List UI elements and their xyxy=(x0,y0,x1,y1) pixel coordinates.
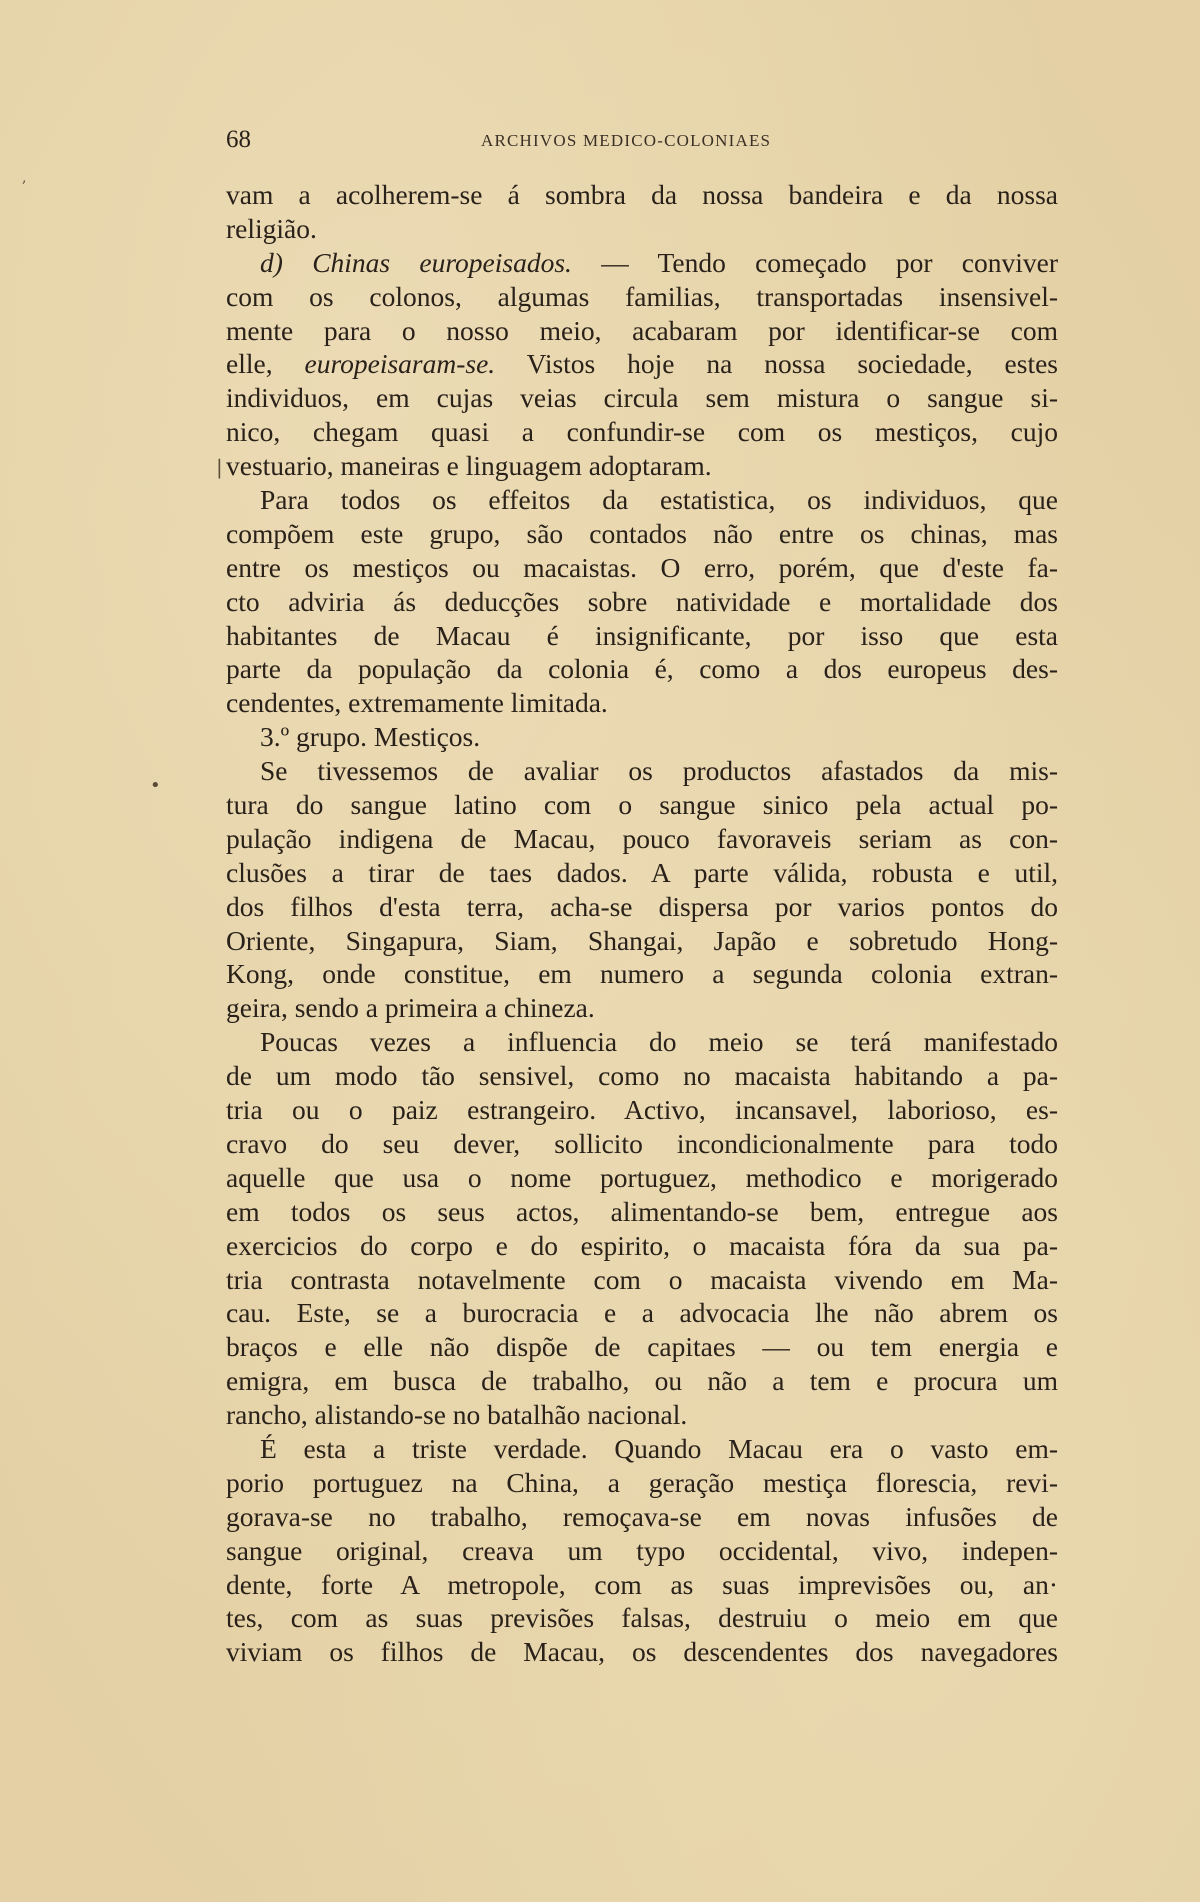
text-line: sangue original, creava um typo occident… xyxy=(226,1534,1058,1568)
text-line: tura do sangue latino com o sangue sinic… xyxy=(226,788,1058,822)
text-segment: rancho, alistando-se no batalhão naciona… xyxy=(226,1399,687,1430)
text-segment: parte da população da colonia é, como a … xyxy=(226,653,1058,684)
text-segment: 3.º grupo. Mestiços. xyxy=(260,721,480,752)
text-segment: braços e elle não dispõe de capitaes — o… xyxy=(226,1331,1058,1362)
text-line: Kong, onde constitue, em numero a segund… xyxy=(226,957,1058,991)
text-line: rancho, alistando-se no batalhão naciona… xyxy=(226,1398,1058,1432)
text-segment: cendentes, extremamente limitada. xyxy=(226,687,608,718)
margin-rule-mark: | xyxy=(216,455,223,479)
text-line: com os colonos, algumas familias, transp… xyxy=(226,280,1058,314)
text-line: tes, com as suas previsões falsas, destr… xyxy=(226,1601,1058,1635)
text-segment: vestuario, maneiras e linguagem adoptara… xyxy=(226,450,712,481)
text-segment: pulação indigena de Macau, pouco favorav… xyxy=(226,823,1058,854)
text-line: elle, europeisaram-se. Vistos hoje na no… xyxy=(226,347,1058,381)
text-line: religião. xyxy=(226,212,1058,246)
text-segment: viviam os filhos de Macau, os descendent… xyxy=(226,1636,1058,1667)
text-segment: de um modo tão sensivel, como no macaist… xyxy=(226,1060,1058,1091)
text-line: É esta a triste verdade. Quando Macau er… xyxy=(226,1432,1058,1466)
text-line: dos filhos d'esta terra, acha-se dispers… xyxy=(226,890,1058,924)
text-line: cravo do seu dever, sollicito incondicio… xyxy=(226,1127,1058,1161)
text-segment: tria ou o paiz estrangeiro. Activo, inca… xyxy=(226,1094,1058,1125)
text-line: dente, forte A metropole, com as suas im… xyxy=(226,1568,1058,1602)
text-line: vestuario, maneiras e linguagem adoptara… xyxy=(226,449,1058,483)
text-segment: habitantes de Macau é insignificante, po… xyxy=(226,620,1058,651)
text-segment: dos filhos d'esta terra, acha-se dispers… xyxy=(226,891,1058,922)
text-line: habitantes de Macau é insignificante, po… xyxy=(226,619,1058,653)
text-line: Poucas vezes a influencia do meio se ter… xyxy=(226,1025,1058,1059)
text-segment: aquelle que usa o nome portuguez, method… xyxy=(226,1162,1058,1193)
text-segment: elle, xyxy=(226,348,305,379)
text-segment: clusões a tirar de taes dados. A parte v… xyxy=(226,857,1058,888)
text-line: cto adviria ás deducções sobre natividad… xyxy=(226,585,1058,619)
text-segment: entre os mestiços ou macaistas. O erro, … xyxy=(226,552,1058,583)
text-line: vam a acolherem-se á sombra da nossa ban… xyxy=(226,178,1058,212)
text-segment: nico, chegam quasi a confundir-se com os… xyxy=(226,416,1058,447)
text-line: exercicios do corpo e do espirito, o mac… xyxy=(226,1229,1058,1263)
text-line: de um modo tão sensivel, como no macaist… xyxy=(226,1059,1058,1093)
text-line: 3.º grupo. Mestiços. xyxy=(226,720,1058,754)
text-segment: individuos, em cujas veias circula sem m… xyxy=(226,382,1058,413)
text-segment: tria contrasta notavelmente com o macais… xyxy=(226,1264,1058,1295)
text-segment: emigra, em busca de trabalho, ou não a t… xyxy=(226,1365,1058,1396)
text-line: cendentes, extremamente limitada. xyxy=(226,686,1058,720)
text-segment: Poucas vezes a influencia do meio se ter… xyxy=(260,1026,1058,1057)
text-line: nico, chegam quasi a confundir-se com os… xyxy=(226,415,1058,449)
text-segment: religião. xyxy=(226,213,317,244)
text-segment: cravo do seu dever, sollicito incondicio… xyxy=(226,1128,1058,1159)
text-line: d) Chinas europeisados. — Tendo começado… xyxy=(226,246,1058,280)
text-line: compõem este grupo, são contados não ent… xyxy=(226,517,1058,551)
text-segment: em todos os seus actos, alimentando-se b… xyxy=(226,1196,1058,1227)
text-line: Se tivessemos de avaliar os productos af… xyxy=(226,754,1058,788)
text-segment: Kong, onde constitue, em numero a segund… xyxy=(226,958,1058,989)
text-line: clusões a tirar de taes dados. A parte v… xyxy=(226,856,1058,890)
text-segment: Vistos hoje na nossa sociedade, estes xyxy=(495,348,1058,379)
page-number: 68 xyxy=(226,124,251,156)
body-text: vam a acolherem-se á sombra da nossa ban… xyxy=(226,178,1058,1669)
text-line: Oriente, Singapura, Siam, Shangai, Japão… xyxy=(226,924,1058,958)
text-segment: Para todos os effeitos da estatistica, o… xyxy=(260,484,1058,515)
text-line: geira, sendo a primeira a chineza. xyxy=(226,991,1058,1025)
text-segment: cto adviria ás deducções sobre natividad… xyxy=(226,586,1058,617)
text-line: entre os mestiços ou macaistas. O erro, … xyxy=(226,551,1058,585)
margin-speck: , xyxy=(22,170,26,186)
text-segment: exercicios do corpo e do espirito, o mac… xyxy=(226,1230,1058,1261)
text-line: gorava-se no trabalho, remoçava-se em no… xyxy=(226,1500,1058,1534)
text-segment: tura do sangue latino com o sangue sinic… xyxy=(226,789,1058,820)
text-line: mente para o nosso meio, acabaram por id… xyxy=(226,314,1058,348)
text-segment: Se tivessemos de avaliar os productos af… xyxy=(260,755,1058,786)
text-segment: gorava-se no trabalho, remoçava-se em no… xyxy=(226,1501,1058,1532)
text-line: braços e elle não dispõe de capitaes — o… xyxy=(226,1330,1058,1364)
text-segment: compõem este grupo, são contados não ent… xyxy=(226,518,1058,549)
italic-term: europeisaram-se. xyxy=(305,348,496,379)
text-line: aquelle que usa o nome portuguez, method… xyxy=(226,1161,1058,1195)
text-line: porio portuguez na China, a geração mest… xyxy=(226,1466,1058,1500)
text-segment: mente para o nosso meio, acabaram por id… xyxy=(226,315,1058,346)
margin-dot: • xyxy=(150,775,161,796)
text-line: tria ou o paiz estrangeiro. Activo, inca… xyxy=(226,1093,1058,1127)
text-line: em todos os seus actos, alimentando-se b… xyxy=(226,1195,1058,1229)
text-segment: vam a acolherem-se á sombra da nossa ban… xyxy=(226,179,1058,210)
text-segment: porio portuguez na China, a geração mest… xyxy=(226,1467,1058,1498)
text-line: parte da população da colonia é, como a … xyxy=(226,652,1058,686)
text-line: pulação indigena de Macau, pouco favorav… xyxy=(226,822,1058,856)
running-title: ARCHIVOS MEDICO-COLONIAES xyxy=(481,127,771,155)
text-line: cau. Este, se a burocracia e a advocacia… xyxy=(226,1296,1058,1330)
text-segment: com os colonos, algumas familias, transp… xyxy=(226,281,1058,312)
text-segment: tes, com as suas previsões falsas, destr… xyxy=(226,1602,1058,1633)
text-segment: cau. Este, se a burocracia e a advocacia… xyxy=(226,1297,1058,1328)
text-segment: Oriente, Singapura, Siam, Shangai, Japão… xyxy=(226,925,1058,956)
text-segment: — Tendo começado por conviver xyxy=(572,247,1058,278)
running-header: 68 ARCHIVOS MEDICO-COLONIAES xyxy=(226,124,1056,156)
text-segment: geira, sendo a primeira a chineza. xyxy=(226,992,595,1023)
text-segment: sangue original, creava um typo occident… xyxy=(226,1535,1058,1566)
text-segment: dente, forte A metropole, com as suas im… xyxy=(226,1569,1058,1600)
book-page: 68 ARCHIVOS MEDICO-COLONIAES vam a acolh… xyxy=(0,0,1200,1902)
text-line: tria contrasta notavelmente com o macais… xyxy=(226,1263,1058,1297)
italic-term: d) Chinas europeisados. xyxy=(260,247,572,278)
text-line: Para todos os effeitos da estatistica, o… xyxy=(226,483,1058,517)
text-line: individuos, em cujas veias circula sem m… xyxy=(226,381,1058,415)
text-line: viviam os filhos de Macau, os descendent… xyxy=(226,1635,1058,1669)
text-segment: É esta a triste verdade. Quando Macau er… xyxy=(260,1433,1058,1464)
text-line: emigra, em busca de trabalho, ou não a t… xyxy=(226,1364,1058,1398)
